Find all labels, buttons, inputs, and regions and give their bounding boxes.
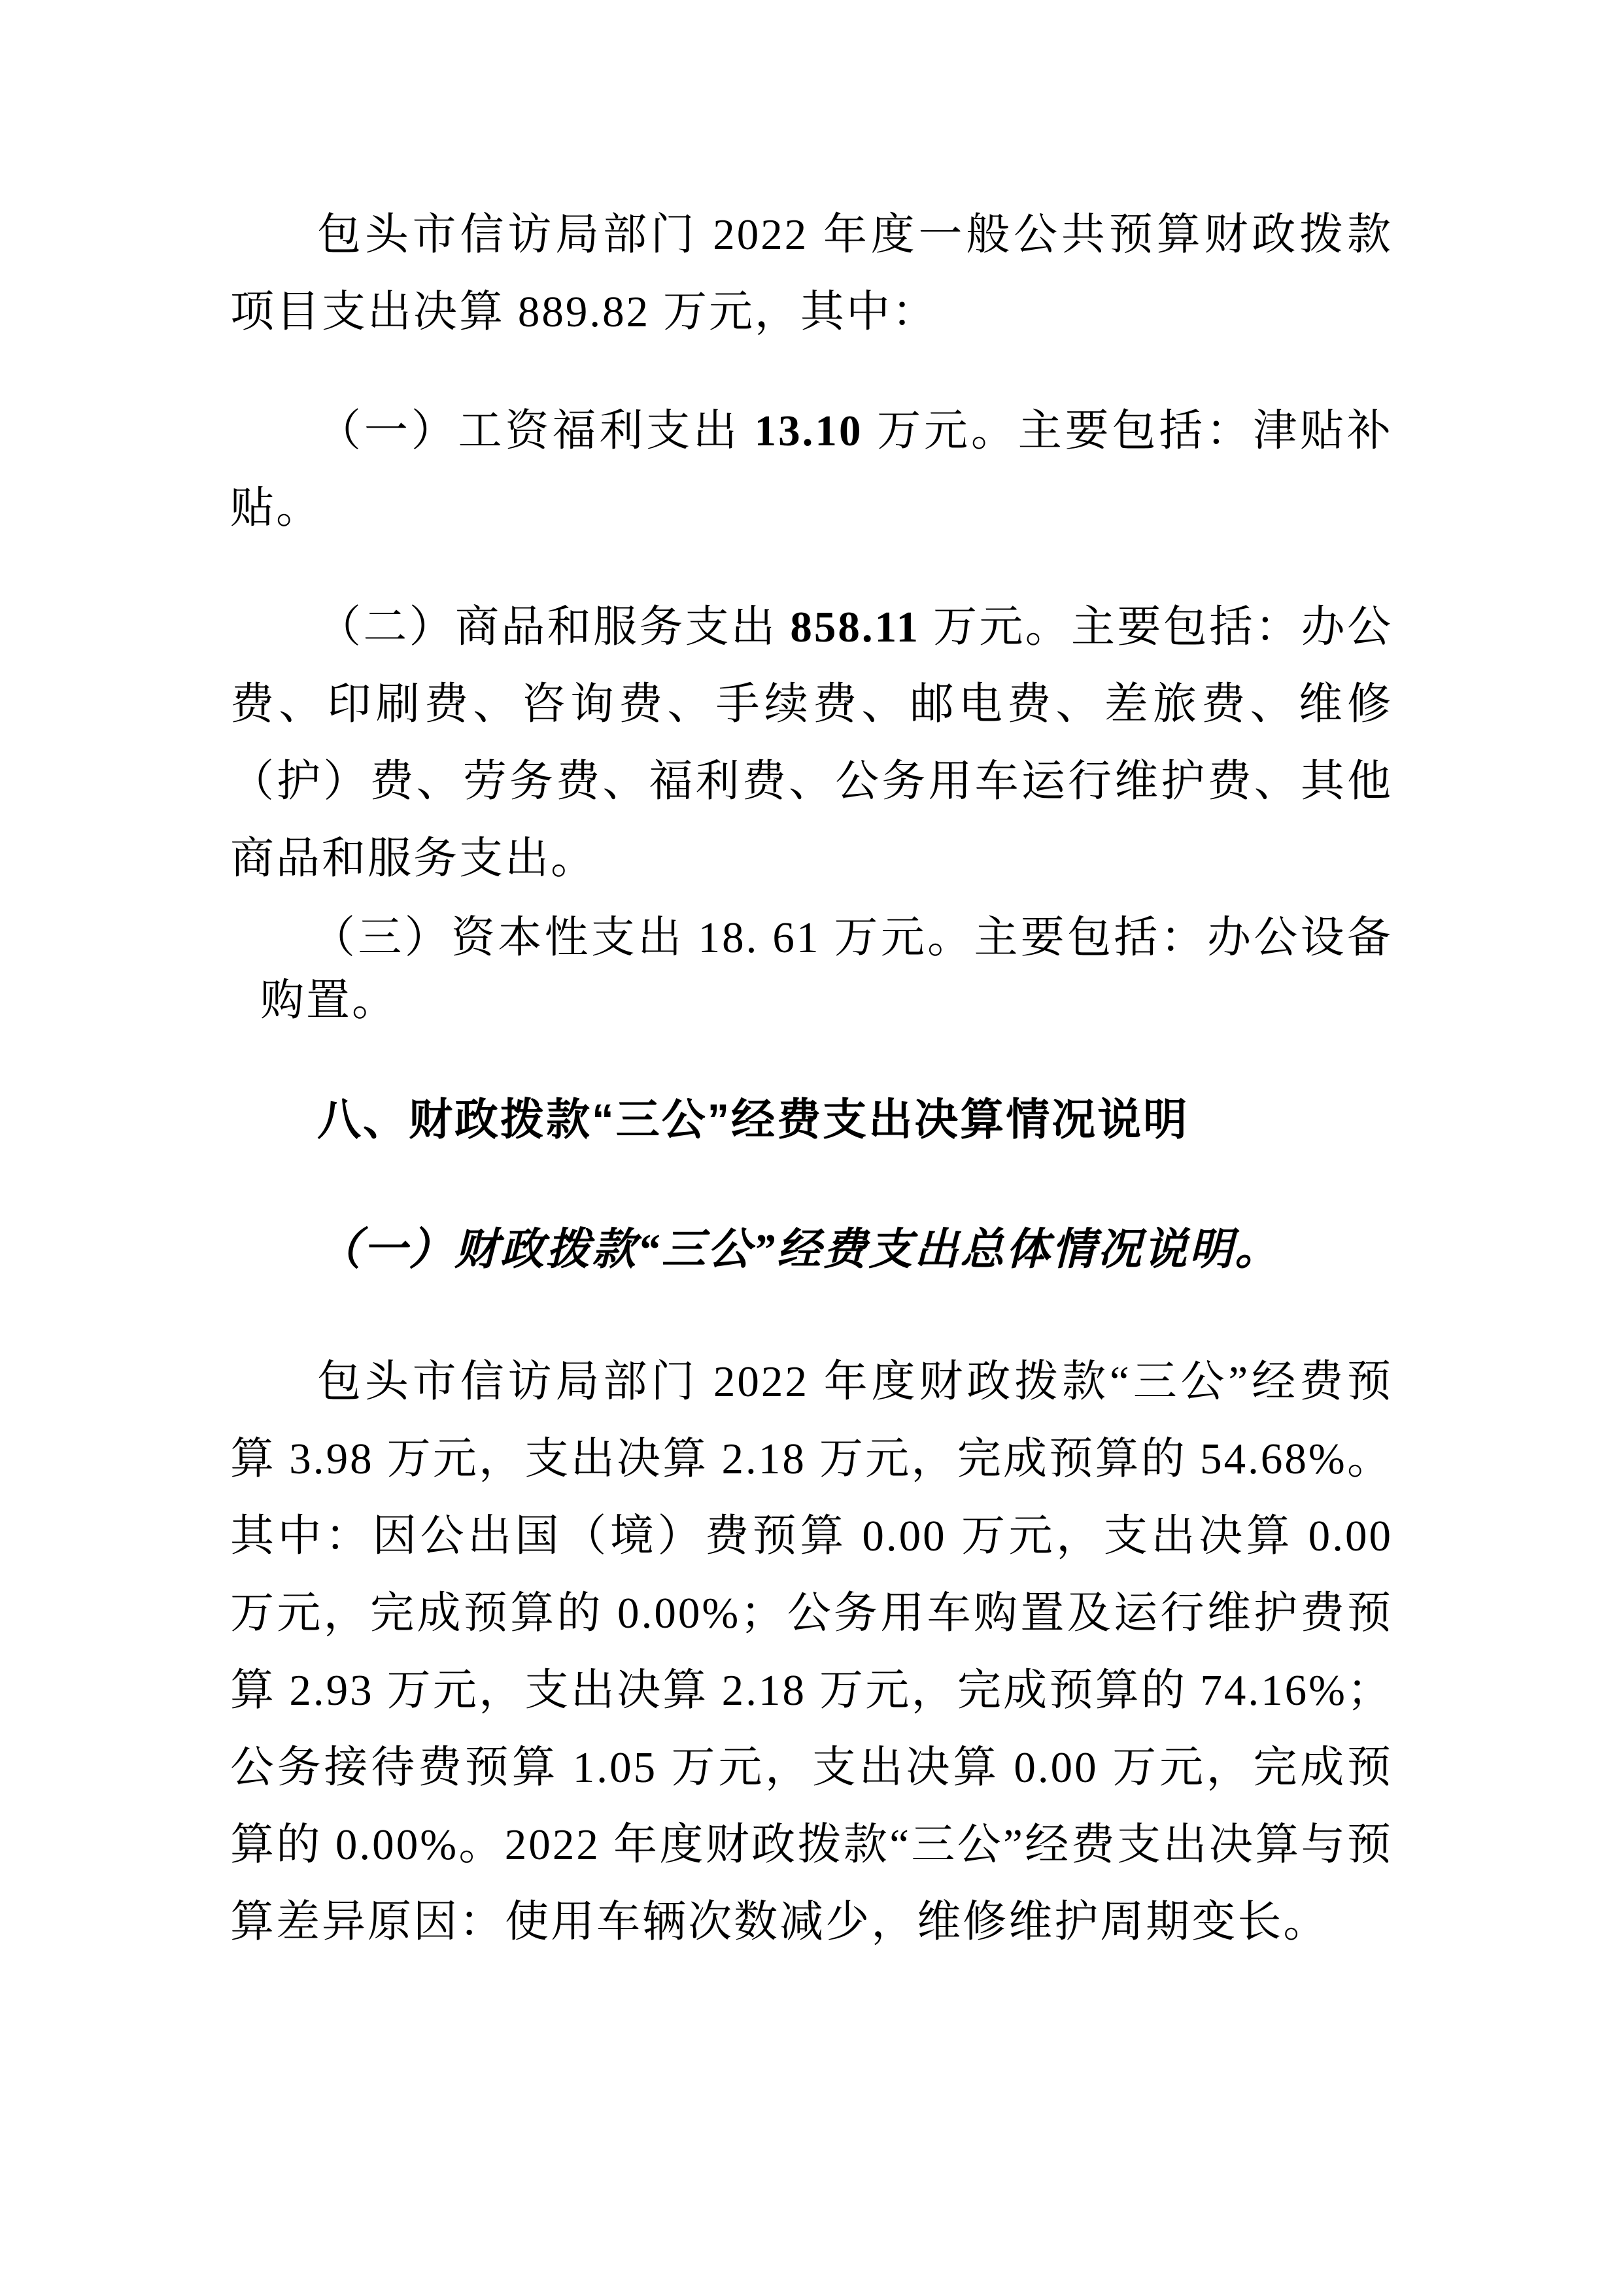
paragraph-item-three-capital-expenditure: （三）资本性支出 18. 61 万元。主要包括：办公设备购置。	[260, 906, 1393, 1032]
item-two-amount: 858.11	[790, 603, 920, 651]
document-page: 包头市信访局部门 2022 年度一般公共预算财政拨款项目支出决算 889.82 …	[0, 0, 1623, 2296]
section-heading-eight: 八、财政拨款“三公”经费支出决算情况说明	[230, 1087, 1393, 1154]
paragraph-three-public-detail: 包头市信访局部门 2022 年度财政拨款“三公”经费预算 3.98 万元，支出决…	[230, 1343, 1393, 1961]
item-one-amount: 13.10	[755, 407, 863, 455]
section-heading-eight-text: 八、财政拨款“三公”经费支出决算情况说明	[317, 1095, 1189, 1144]
paragraph-item-one-wage-welfare: （一）工资福利支出 13.10 万元。主要包括：津贴补贴。	[230, 392, 1393, 547]
paragraph-project-expenditure-total: 包头市信访局部门 2022 年度一般公共预算财政拨款项目支出决算 889.82 …	[230, 196, 1393, 351]
subheading-three-public-overview: （一）财政拨款“三公”经费支出总体情况说明。	[230, 1216, 1393, 1283]
item-two-pre-text: （二）商品和服务支出	[317, 603, 790, 651]
item-three-text: （三）资本性支出 18. 61 万元。主要包括：办公设备购置。	[260, 914, 1393, 1025]
paragraph-three-public-detail-text: 包头市信访局部门 2022 年度财政拨款“三公”经费预算 3.98 万元，支出决…	[230, 1358, 1393, 1946]
paragraph-item-two-goods-services: （二）商品和服务支出 858.11 万元。主要包括：办公费、印刷费、咨询费、手续…	[230, 589, 1393, 897]
paragraph-project-expenditure-total-text: 包头市信访局部门 2022 年度一般公共预算财政拨款项目支出决算 889.82 …	[230, 211, 1393, 336]
item-one-pre-text: （一）工资福利支出	[317, 407, 755, 455]
subheading-three-public-overview-text: （一）财政拨款“三公”经费支出总体情况说明。	[317, 1225, 1280, 1274]
